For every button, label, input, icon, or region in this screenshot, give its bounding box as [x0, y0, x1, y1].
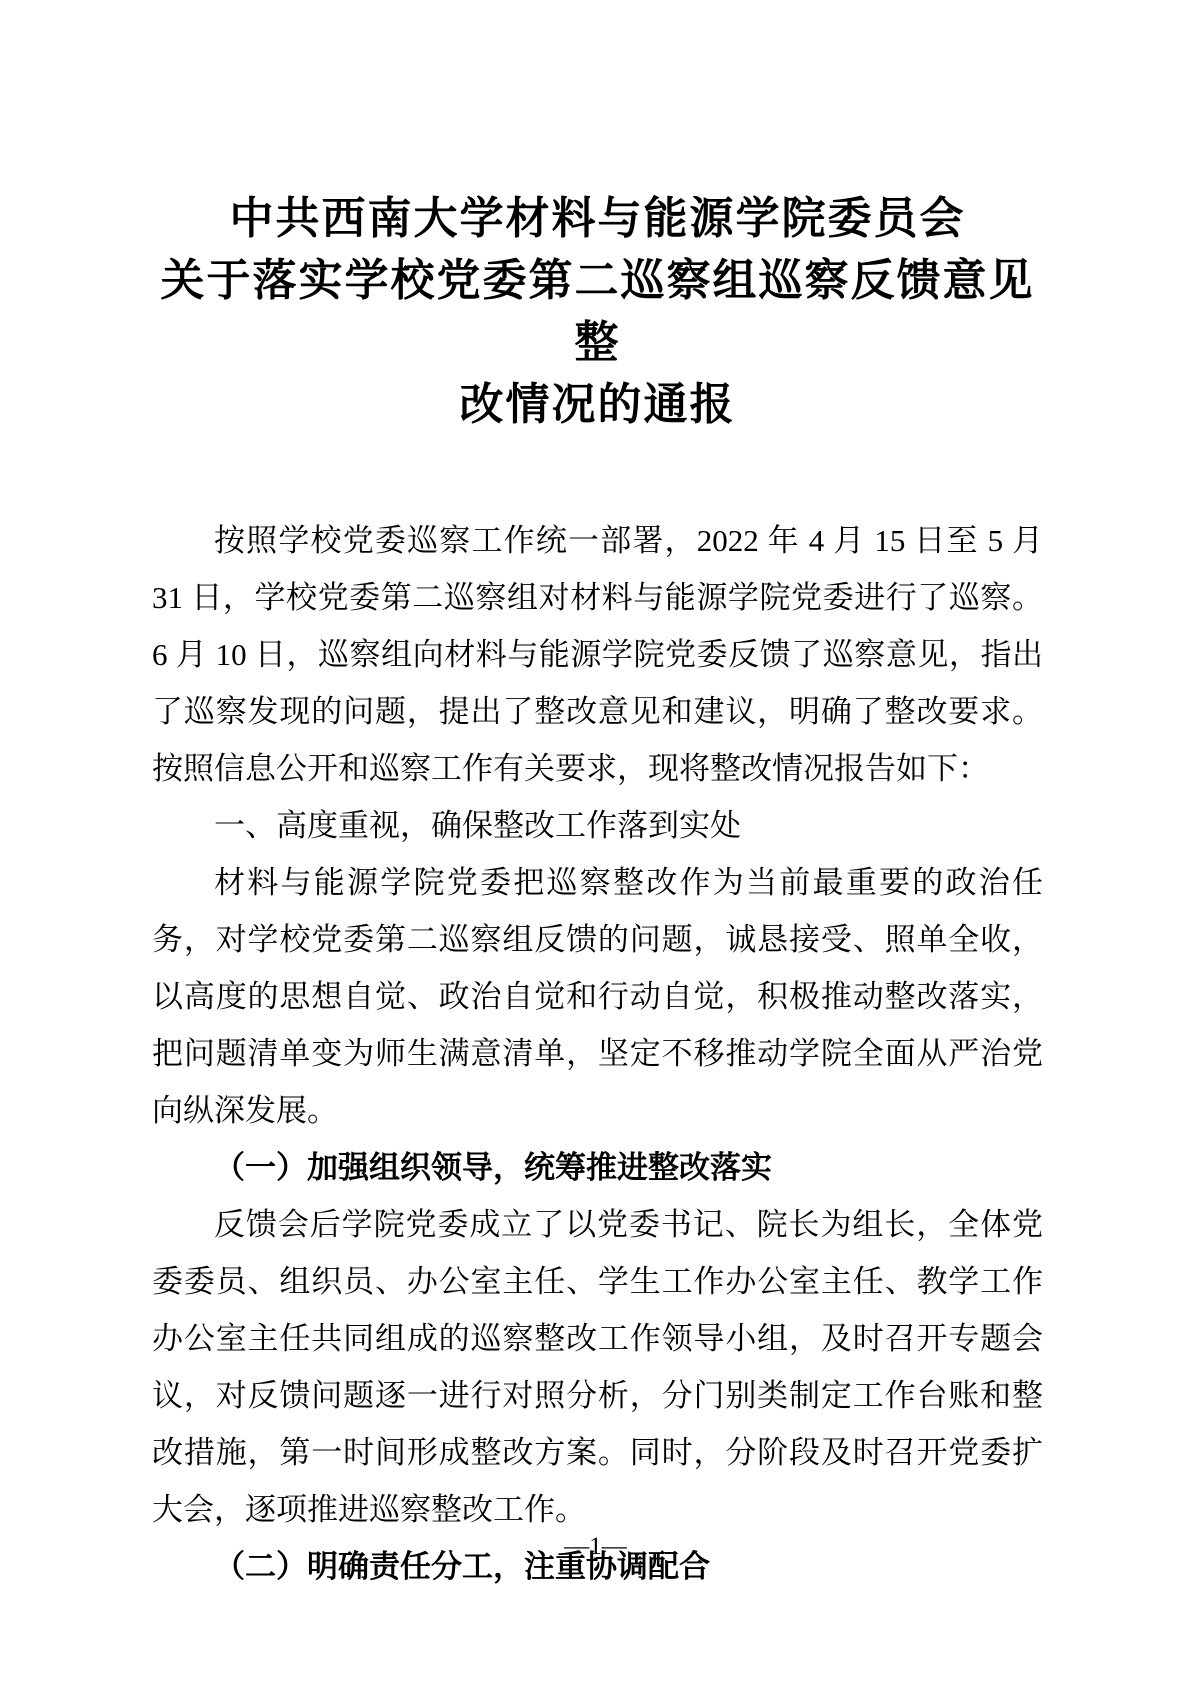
document-title-line-2: 关于落实学校党委第二巡察组巡察反馈意见整	[152, 250, 1043, 374]
subsection-1-1-heading: （一）加强组织领导，统筹推进整改落实	[152, 1139, 1043, 1196]
document-page: 中共西南大学材料与能源学院委员会 关于落实学校党委第二巡察组巡察反馈意见整 改情…	[0, 0, 1191, 1684]
subsection-1-1-paragraph: 反馈会后学院党委成立了以党委书记、院长为组长，全体党委委员、组织员、办公室主任、…	[152, 1196, 1043, 1538]
page-number: —1—	[0, 1532, 1191, 1562]
intro-paragraph: 按照学校党委巡察工作统一部署，2022 年 4 月 15 日至 5 月 31 日…	[152, 512, 1043, 797]
document-title: 中共西南大学材料与能源学院委员会 关于落实学校党委第二巡察组巡察反馈意见整 改情…	[152, 0, 1043, 436]
section-1-heading: 一、高度重视，确保整改工作落到实处	[152, 797, 1043, 854]
document-body: 按照学校党委巡察工作统一部署，2022 年 4 月 15 日至 5 月 31 日…	[152, 512, 1043, 1595]
document-content: 中共西南大学材料与能源学院委员会 关于落实学校党委第二巡察组巡察反馈意见整 改情…	[0, 0, 1191, 1595]
document-title-line-3: 改情况的通报	[152, 374, 1043, 436]
document-title-line-1: 中共西南大学材料与能源学院委员会	[152, 188, 1043, 250]
section-1-paragraph: 材料与能源学院党委把巡察整改作为当前最重要的政治任务，对学校党委第二巡察组反馈的…	[152, 854, 1043, 1139]
